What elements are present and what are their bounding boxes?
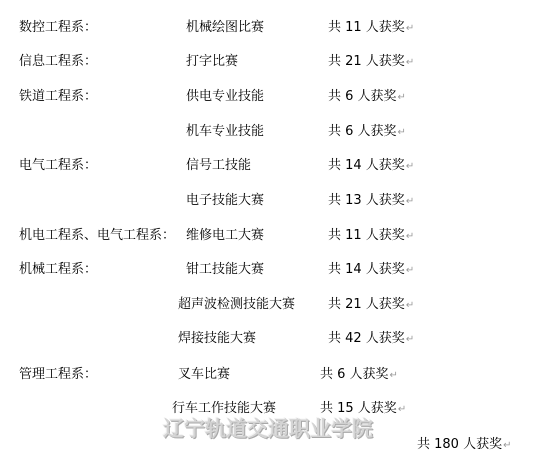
award-count: 共 14 人获奖↵ (328, 262, 414, 279)
paragraph-mark-icon: ↵ (406, 196, 414, 207)
department-label: 数控工程系： (19, 20, 97, 36)
award-count: 共 11 人获奖↵ (328, 20, 414, 37)
competition-name: 叉车比赛 (178, 367, 230, 383)
paragraph-mark-icon: ↵ (406, 57, 414, 68)
paragraph-mark-icon: ↵ (398, 127, 406, 138)
department-label: 电气工程系： (19, 158, 97, 174)
award-count-text: 共 11 人获奖 (328, 228, 405, 243)
watermark: 辽宁轨道交通职业学院 (163, 413, 373, 443)
department-label: 机电工程系、电气工程系： (19, 228, 175, 244)
competition-name: 维修电工大赛 (186, 228, 264, 244)
competition-name: 信号工技能 (186, 158, 251, 174)
paragraph-mark-icon: ↵ (398, 92, 406, 103)
award-count-text: 共 6 人获奖 (328, 124, 397, 139)
award-count-text: 共 11 人获奖 (328, 20, 405, 35)
grand-total-text: 共 180 人获奖 (417, 437, 502, 452)
paragraph-mark-icon: ↵ (406, 231, 414, 242)
award-count: 共 21 人获奖↵ (328, 297, 414, 314)
competition-name: 电子技能大赛 (186, 193, 264, 209)
paragraph-mark-icon: ↵ (406, 300, 414, 311)
award-count: 共 6 人获奖↵ (328, 124, 406, 141)
award-count-text: 共 42 人获奖 (328, 331, 405, 346)
award-count: 共 11 人获奖↵ (328, 228, 414, 245)
department-label: 管理工程系： (19, 367, 97, 383)
award-count: 共 6 人获奖↵ (320, 367, 398, 384)
department-label: 机械工程系： (19, 262, 97, 278)
award-count-text: 共 13 人获奖 (328, 193, 405, 208)
award-count-text: 共 6 人获奖 (328, 89, 397, 104)
award-count: 共 14 人获奖↵ (328, 158, 414, 175)
competition-name: 机车专业技能 (186, 124, 264, 140)
competition-name: 焊接技能大赛 (178, 331, 256, 347)
award-count-text: 共 6 人获奖 (320, 367, 389, 382)
department-label: 信息工程系： (19, 54, 97, 70)
competition-name: 机械绘图比赛 (186, 20, 264, 36)
award-count-text: 共 14 人获奖 (328, 158, 405, 173)
award-count: 共 21 人获奖↵ (328, 54, 414, 71)
paragraph-mark-icon: ↵ (503, 440, 511, 451)
paragraph-mark-icon: ↵ (406, 161, 414, 172)
award-count-text: 共 14 人获奖 (328, 262, 405, 277)
award-count: 共 42 人获奖↵ (328, 331, 414, 348)
award-count-text: 共 21 人获奖 (328, 297, 405, 312)
competition-name: 钳工技能大赛 (186, 262, 264, 278)
paragraph-mark-icon: ↵ (390, 370, 398, 381)
award-count: 共 6 人获奖↵ (328, 89, 406, 106)
department-label: 铁道工程系： (19, 89, 97, 105)
award-count: 共 13 人获奖↵ (328, 193, 414, 210)
grand-total: 共 180 人获奖↵ (417, 437, 511, 454)
competition-name: 供电专业技能 (186, 89, 264, 105)
competition-name: 超声波检测技能大赛 (178, 297, 295, 313)
paragraph-mark-icon: ↵ (406, 265, 414, 276)
award-count-text: 共 21 人获奖 (328, 54, 405, 69)
paragraph-mark-icon: ↵ (406, 334, 414, 345)
paragraph-mark-icon: ↵ (406, 23, 414, 34)
paragraph-mark-icon: ↵ (398, 404, 406, 415)
competition-name: 打字比赛 (186, 54, 238, 70)
